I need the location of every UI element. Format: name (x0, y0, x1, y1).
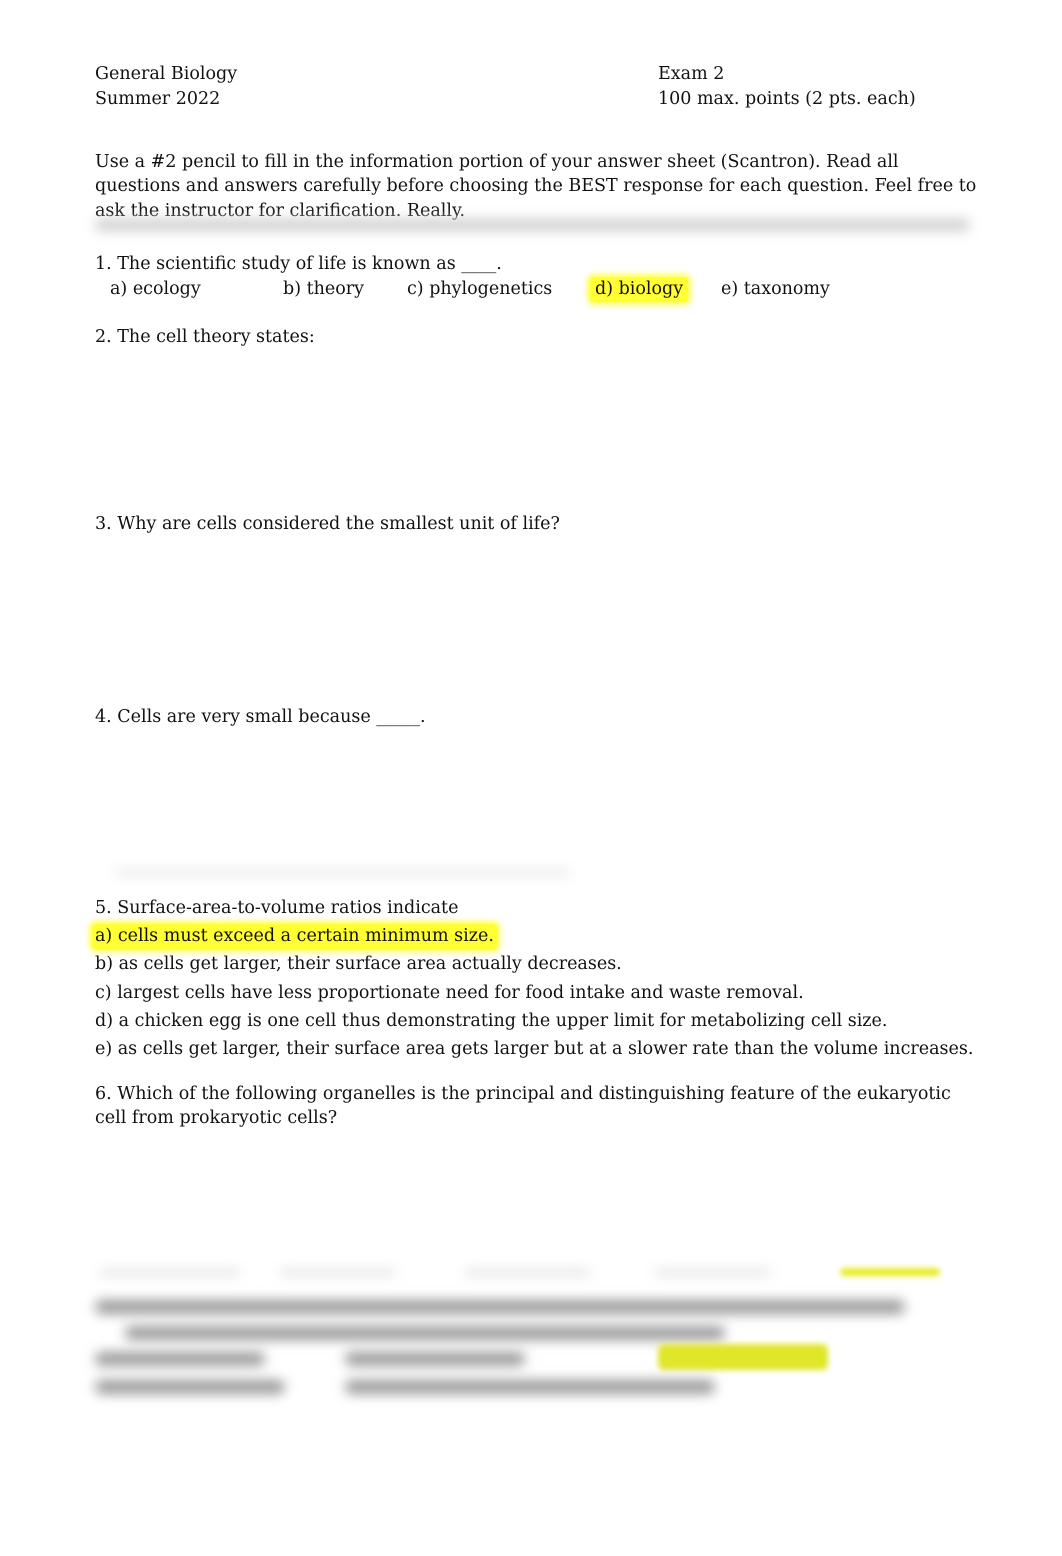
blur-option (655, 1270, 770, 1275)
q5-option-d: d) a chicken egg is one cell thus demons… (95, 1009, 887, 1034)
blur-text-line (345, 1352, 525, 1366)
blur-option (280, 1270, 395, 1275)
q1-option-b: b) theory (283, 277, 364, 302)
question-6-line-1: 6. Which of the following organelles is … (95, 1082, 951, 1107)
blur-divider (95, 219, 970, 231)
blur-option (465, 1270, 590, 1275)
blur-divider (115, 870, 570, 875)
course-title: General Biology (95, 62, 237, 87)
blur-text-line (95, 1380, 285, 1394)
blur-option (100, 1270, 240, 1275)
q1-option-c: c) phylogenetics (407, 277, 552, 302)
q1-option-d-highlighted: d) biology (590, 277, 688, 302)
q5-option-a-highlighted: a) cells must exceed a certain minimum s… (92, 924, 497, 949)
question-2: 2. The cell theory states: (95, 325, 315, 350)
blur-highlight (840, 1268, 940, 1276)
blur-text-line (125, 1326, 725, 1340)
question-1: 1. The scientific study of life is known… (95, 252, 502, 277)
q5-option-e: e) as cells get larger, their surface ar… (95, 1037, 973, 1062)
q1-option-a: a) ecology (110, 277, 201, 302)
instructions-line-1: Use a #2 pencil to fill in the informati… (95, 150, 899, 175)
question-3: 3. Why are cells considered the smallest… (95, 512, 560, 537)
instructions-line-2: questions and answers carefully before c… (95, 174, 976, 199)
question-6-line-2: cell from prokaryotic cells? (95, 1106, 337, 1131)
q5-option-b: b) as cells get larger, their surface ar… (95, 952, 622, 977)
exam-title: Exam 2 (658, 62, 724, 87)
q1-option-e: e) taxonomy (721, 277, 830, 302)
blur-text-line (95, 1352, 265, 1366)
max-points: 100 max. points (2 pts. each) (658, 87, 916, 112)
q5-option-c: c) largest cells have less proportionate… (95, 981, 804, 1006)
blur-highlight (658, 1344, 828, 1370)
blur-text-line (95, 1300, 905, 1314)
blur-text-line (345, 1380, 715, 1394)
term: Summer 2022 (95, 87, 220, 112)
question-4: 4. Cells are very small because _____. (95, 705, 426, 730)
question-5: 5. Surface-area-to-volume ratios indicat… (95, 896, 458, 921)
